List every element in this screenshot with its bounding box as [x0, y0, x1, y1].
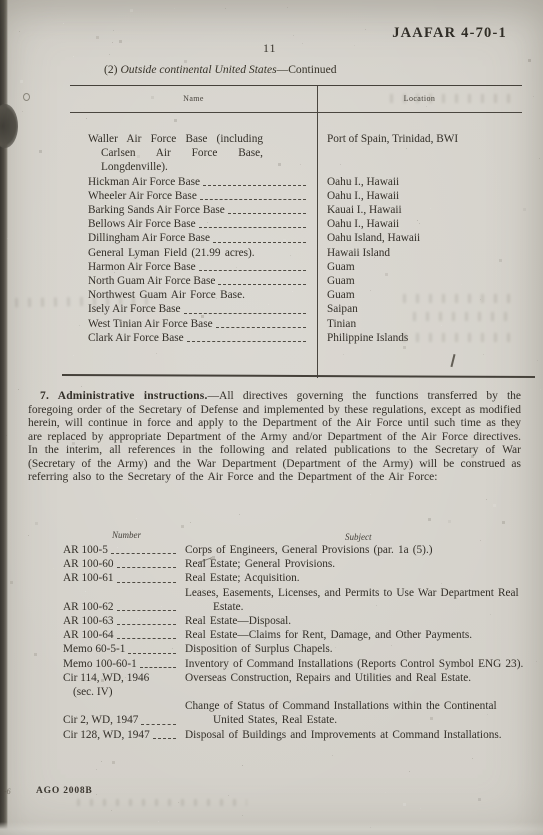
reference-number-cell: AR 100-60 — [63, 557, 185, 571]
ago-footer: AGO 2008B — [36, 786, 93, 796]
table-column-divider — [317, 86, 318, 378]
page-number: 11 — [263, 41, 277, 56]
base-name: Dillingham Air Force Base — [88, 231, 210, 245]
table-row: General Lyman Field (21.99 acres).Hawaii… — [70, 246, 522, 260]
table-row: Clark Air Force BasePhilippine Islands — [70, 331, 522, 345]
dot-leader — [200, 199, 306, 200]
section-heading: (2) Outside continental United States—Co… — [104, 63, 337, 76]
reference-row: Cir 128, WD, 1947Disposal of Buildings a… — [63, 728, 525, 742]
section-index: (2) — [104, 63, 118, 76]
reference-number-cell: Memo 100-60-1 — [63, 657, 185, 671]
base-location: Oahu Island, Hawaii — [317, 231, 522, 245]
base-location: Guam — [317, 288, 522, 302]
dot-leader — [199, 227, 306, 228]
section-title: Outside continental United States — [120, 63, 276, 76]
reference-number-cell: AR 100-64 — [63, 628, 185, 642]
base-name-cell: Wheeler Air Force Base — [70, 189, 317, 203]
base-location: Philippine Islands — [317, 331, 522, 345]
paragraph-body: All directives governing the functions t… — [28, 390, 521, 483]
section-continued: —Continued — [277, 63, 337, 76]
base-name-cell: Dillingham Air Force Base — [70, 231, 317, 245]
base-name-cell: Harmon Air Force Base — [70, 260, 317, 274]
base-location: Oahu I., Hawaii — [317, 175, 522, 189]
table-row: Isely Air Force BaseSaipan — [70, 302, 522, 316]
reference-row: AR 100-64Real Estate—Claims for Rent, Da… — [63, 628, 525, 642]
reference-subject: Disposition of Surplus Chapels. — [185, 642, 525, 656]
reference-subject: Real Estate; General Provisions. — [185, 557, 525, 571]
base-name: Northwest Guam Air Force Base. — [88, 288, 263, 302]
table-row: Dillingham Air Force BaseOahu Island, Ha… — [70, 231, 522, 245]
table-row: West Tinian Air Force BaseTinian — [70, 317, 522, 331]
table-row: Waller Air Force Base (including Carlsen… — [70, 132, 522, 175]
reference-row: AR 100-5Corps of Engineers, General Prov… — [63, 543, 525, 557]
reference-row: Memo 100-60-1Inventory of Command Instal… — [63, 657, 525, 671]
paragraph-dash: — — [208, 390, 220, 402]
reference-subject: Change of Status of Command Installation… — [185, 699, 525, 727]
dot-leader — [218, 284, 306, 285]
table-row: Wheeler Air Force BaseOahu I., Hawaii — [70, 189, 522, 203]
base-name: Waller Air Force Base (including Carlsen… — [88, 132, 263, 175]
column-header-location: Location — [317, 94, 522, 103]
margin-dot-mark — [23, 93, 30, 101]
base-name: North Guam Air Force Base — [88, 274, 215, 288]
reference-number: Cir 114, WD, 1946 — [63, 672, 149, 684]
dot-leader — [117, 638, 176, 639]
base-name-cell: Northwest Guam Air Force Base. — [70, 288, 317, 302]
dot-leader — [140, 667, 176, 668]
reference-number: Memo 60-5-1 — [63, 642, 125, 656]
dot-leader — [128, 653, 176, 654]
base-location: Saipan — [317, 302, 522, 316]
base-name-cell: West Tinian Air Force Base — [70, 317, 317, 331]
base-name: Isely Air Force Base — [88, 302, 181, 316]
reference-number-cell: Cir 2, WD, 1947 — [63, 699, 185, 727]
reference-number-cell: Cir 128, WD, 1947 — [63, 728, 185, 742]
dot-leader — [117, 567, 176, 568]
reference-subject: Real Estate—Claims for Rent, Damage, and… — [185, 628, 525, 642]
reference-number-line2: (sec. IV) — [63, 685, 181, 699]
reference-number: AR 100-60 — [63, 557, 114, 571]
reference-number: AR 100-64 — [63, 628, 114, 642]
base-location: Kauai I., Hawaii — [317, 203, 522, 217]
reference-subject: Real Estate—Disposal. — [185, 614, 525, 628]
dot-leader — [187, 341, 306, 342]
dot-leader — [117, 624, 176, 625]
base-location: Oahu I., Hawaii — [317, 189, 522, 203]
table-row: Northwest Guam Air Force Base.Guam — [70, 288, 522, 302]
table-row: Hickman Air Force BaseOahu I., Hawaii — [70, 175, 522, 189]
dot-leader — [117, 610, 176, 611]
table-row: Barking Sands Air Force BaseKauai I., Ha… — [70, 203, 522, 217]
base-name: Wheeler Air Force Base — [88, 189, 197, 203]
base-name-cell: Barking Sands Air Force Base — [70, 203, 317, 217]
paragraph-administrative-instructions: 7. Administrative instructions.—All dire… — [28, 390, 521, 485]
references-list: AR 100-5Corps of Engineers, General Prov… — [63, 543, 525, 742]
reference-row: AR 100-60Real Estate; General Provisions… — [63, 557, 525, 571]
reference-number: AR 100-62 — [63, 600, 114, 614]
reference-subject: Overseas Construction, Repairs and Utili… — [185, 671, 525, 699]
reference-number: AR 100-61 — [63, 571, 114, 585]
dot-leader — [213, 242, 306, 243]
column-header-name: Name — [70, 94, 317, 103]
dot-leader — [184, 313, 306, 314]
base-name-cell: Hickman Air Force Base — [70, 175, 317, 189]
pencil-margin-note: -6 — [4, 787, 11, 796]
references-column-number: Number — [112, 530, 141, 540]
references-column-subject: Subject — [345, 532, 372, 542]
reference-subject: Corps of Engineers, General Provisions (… — [185, 543, 525, 557]
dot-leader — [153, 738, 176, 739]
base-location: Tinian — [317, 317, 522, 331]
base-name: General Lyman Field (21.99 acres). — [88, 246, 263, 260]
base-name: Harmon Air Force Base — [88, 260, 196, 274]
reference-subject: Inventory of Command Installations (Repo… — [185, 657, 525, 671]
paragraph-number: 7. — [40, 390, 49, 402]
base-name-cell: Bellows Air Force Base — [70, 217, 317, 231]
base-name: West Tinian Air Force Base — [88, 317, 213, 331]
base-location: Port of Spain, Trinidad, BWI — [317, 132, 522, 175]
dot-leader — [203, 185, 306, 186]
scan-bottom-edge — [0, 822, 543, 835]
base-location: Hawaii Island — [317, 246, 522, 260]
table-header-row: Name Location — [70, 86, 522, 113]
scanned-document-page: JAAFAR 4-70-1 11 (2) Outside continental… — [0, 0, 543, 835]
reference-number: AR 100-63 — [63, 614, 114, 628]
paragraph-lead: Administrative instructions. — [58, 390, 208, 402]
table-row: North Guam Air Force BaseGuam — [70, 274, 522, 288]
reference-row: AR 100-61Real Estate; Acquisition. — [63, 571, 525, 585]
base-name-cell: Waller Air Force Base (including Carlsen… — [70, 132, 317, 175]
base-name: Bellows Air Force Base — [88, 217, 196, 231]
reference-number: Cir 128, WD, 1947 — [63, 728, 150, 742]
base-name-cell: Clark Air Force Base — [70, 331, 317, 345]
reference-number-cell: Memo 60-5-1 — [63, 642, 185, 656]
dot-leader — [228, 213, 306, 214]
reference-row: Memo 60-5-1Disposition of Surplus Chapel… — [63, 642, 525, 656]
ink-bleed-smudge — [72, 799, 247, 806]
reference-number-cell: AR 100-62 — [63, 586, 185, 614]
base-location: Guam — [317, 274, 522, 288]
dot-leader — [216, 327, 306, 328]
reference-number-cell: AR 100-63 — [63, 614, 185, 628]
reference-row: Cir 2, WD, 1947Change of Status of Comma… — [63, 699, 525, 727]
table-body: Waller Air Force Base (including Carlsen… — [70, 113, 522, 345]
base-location: Oahu I., Hawaii — [317, 217, 522, 231]
reference-number: AR 100-5 — [63, 543, 108, 557]
reference-row: AR 100-63Real Estate—Disposal. — [63, 614, 525, 628]
reference-subject: Leases, Easements, Licenses, and Permits… — [185, 586, 525, 614]
base-name: Barking Sands Air Force Base — [88, 203, 225, 217]
reference-row: AR 100-62Leases, Easements, Licenses, an… — [63, 586, 525, 614]
reference-row: Cir 114, WD, 1946(sec. IV)Overseas Const… — [63, 671, 525, 699]
reference-subject: Real Estate; Acquisition. — [185, 571, 525, 585]
reference-number: Memo 100-60-1 — [63, 657, 137, 671]
dot-leader — [199, 270, 306, 271]
base-name-cell: Isely Air Force Base — [70, 302, 317, 316]
reference-number-cell: Cir 114, WD, 1946(sec. IV) — [63, 671, 185, 699]
scan-binding-bump — [0, 104, 18, 148]
base-name: Clark Air Force Base — [88, 331, 184, 345]
reference-number: Cir 2, WD, 1947 — [63, 713, 138, 727]
air-force-base-table: Name Location Waller Air Force Base (inc… — [70, 85, 522, 378]
base-name: Hickman Air Force Base — [88, 175, 200, 189]
reference-number-cell: AR 100-61 — [63, 571, 185, 585]
document-reference: JAAFAR 4-70-1 — [392, 25, 507, 42]
base-location: Guam — [317, 260, 522, 274]
base-name-cell: General Lyman Field (21.99 acres). — [70, 246, 317, 260]
table-row: Bellows Air Force BaseOahu I., Hawaii — [70, 217, 522, 231]
dot-leader — [111, 553, 176, 554]
base-name-cell: North Guam Air Force Base — [70, 274, 317, 288]
dot-leader — [141, 724, 176, 725]
dot-leader — [117, 582, 176, 583]
reference-subject: Disposal of Buildings and Improvements a… — [185, 728, 525, 742]
reference-number-cell: AR 100-5 — [63, 543, 185, 557]
table-row: Harmon Air Force BaseGuam — [70, 260, 522, 274]
